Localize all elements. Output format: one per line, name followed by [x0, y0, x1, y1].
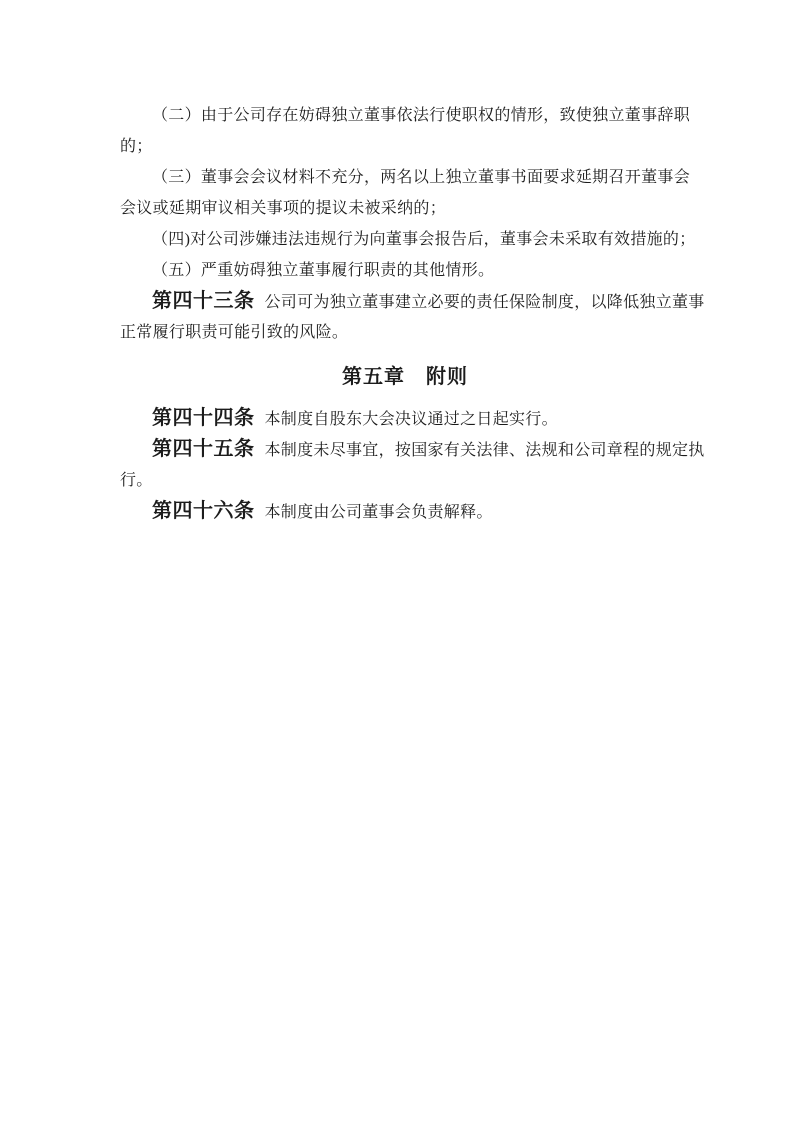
article-44-number: 第四十四条 — [152, 407, 255, 429]
article-43-line-2: 正常履行职责可能引致的风险。 — [120, 317, 690, 348]
article-45-text-part-1: 本制度未尽事宜，按国家有关法律、法规和公司章程的规定执 — [265, 442, 705, 459]
article-43-text-part-1: 公司可为独立董事建立必要的责任保险制度，以降低独立董事 — [265, 294, 705, 311]
article-45-line-1: 第四十五条本制度未尽事宜，按国家有关法律、法规和公司章程的规定执 — [120, 434, 690, 465]
clause-4-line-1: （四)对公司涉嫌违法违规行为向董事会报告后，董事会未采取有效措施的； — [120, 224, 690, 255]
article-46-text: 本制度由公司董事会负责解释。 — [265, 504, 493, 521]
document-page: （二）由于公司存在妨碍独立董事依法行使职权的情形，致使独立董事辞职 的； （三）… — [0, 0, 793, 1122]
chapter-5-heading: 第五章 附则 — [120, 362, 690, 393]
clause-3-line-2: 会议或延期审议相关事项的提议未被采纳的； — [120, 193, 690, 224]
article-46-number: 第四十六条 — [152, 500, 255, 522]
article-43-line-1: 第四十三条公司可为独立董事建立必要的责任保险制度，以降低独立董事 — [120, 286, 690, 317]
article-43-number: 第四十三条 — [152, 290, 255, 312]
clause-5-line-1: （五）严重妨碍独立董事履行职责的其他情形。 — [120, 255, 690, 286]
clause-3-line-1: （三）董事会会议材料不充分，两名以上独立董事书面要求延期召开董事会 — [120, 162, 690, 193]
article-44-line-1: 第四十四条本制度自股东大会决议通过之日起实行。 — [120, 403, 690, 434]
article-45-line-2: 行。 — [120, 465, 690, 496]
article-45-number: 第四十五条 — [152, 438, 255, 460]
clause-2-line-2: 的； — [120, 131, 690, 162]
document-body: （二）由于公司存在妨碍独立董事依法行使职权的情形，致使独立董事辞职 的； （三）… — [120, 100, 690, 527]
article-44-text: 本制度自股东大会决议通过之日起实行。 — [265, 411, 558, 428]
clause-2-line-1: （二）由于公司存在妨碍独立董事依法行使职权的情形，致使独立董事辞职 — [120, 100, 690, 131]
article-46-line-1: 第四十六条本制度由公司董事会负责解释。 — [120, 496, 690, 527]
